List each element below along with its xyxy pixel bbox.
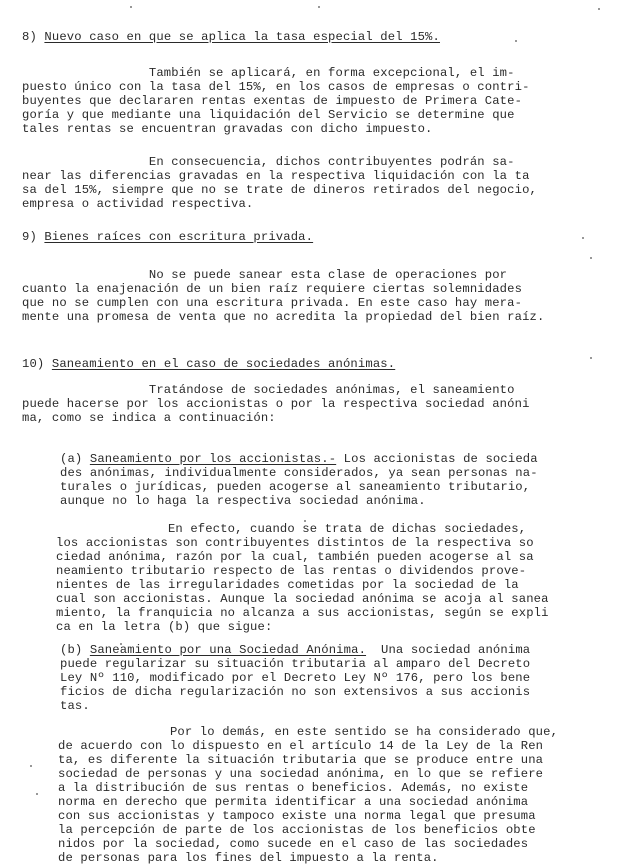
- section-8-title: Nuevo caso en que se aplica la tasa espe…: [44, 30, 440, 44]
- subsection-a-followup-line: cual son accionistas. Aunque la sociedad…: [56, 592, 549, 606]
- section-8-line: También se aplicará, en forma excepciona…: [22, 66, 515, 80]
- subsection-b-line: Una sociedad anónima: [366, 643, 530, 657]
- subsection-b-followup-line: a la distribución de sus rentas o benefi…: [58, 781, 528, 795]
- subsection-a-followup-line: neamiento tributario respecto de las ren…: [56, 564, 526, 578]
- section-10-heading: 10) Saneamiento en el caso de sociedades…: [22, 357, 395, 371]
- section-8-line: buyentes que declararen rentas exentas d…: [22, 94, 522, 108]
- subsection-a-line: Los accionistas de socieda: [336, 452, 538, 466]
- section-10-line: ma, como se indica a continuación:: [22, 411, 276, 425]
- section-9-heading: 9) Bienes raíces con escritura privada.: [22, 230, 313, 244]
- section-9-number: 9): [22, 230, 37, 244]
- subsection-b-followup-line: Por lo demás, en este sentido se ha cons…: [58, 725, 558, 739]
- subsection-a-followup-line: nientes de las irregularidades cometidas…: [56, 578, 519, 592]
- scan-speck: [304, 520, 306, 522]
- subsection-b-line: ficios de dicha regularización no son ex…: [60, 685, 530, 699]
- section-8-number: 8): [22, 30, 37, 44]
- subsection-b-followup-line: con sus accionistas y tampoco existe una…: [58, 809, 536, 823]
- subsection-a-followup-line: miento, la franquicia no alcanza a sus a…: [56, 606, 549, 620]
- scan-speck: [582, 237, 584, 239]
- subsection-b-line: puede regularizar su situación tributari…: [60, 657, 530, 671]
- subsection-a-followup-line: ca en la letra (b) que sigue:: [56, 620, 272, 634]
- section-8-line: goría y que mediante una liquidación del…: [22, 108, 515, 122]
- section-10-title: Saneamiento en el caso de sociedades anó…: [52, 357, 395, 371]
- subsection-a-followup-line: ciedad anónima, razón por la cual, tambi…: [56, 550, 534, 564]
- section-10-line: Tratándose de sociedades anónimas, el sa…: [22, 383, 515, 397]
- subsection-b-followup-line: ta, es diferente la situación tributaria…: [58, 753, 543, 767]
- section-9-line: que no se cumplen con una escritura priv…: [22, 296, 522, 310]
- subsection-a-label: (a): [60, 452, 82, 466]
- scan-speck: [36, 793, 38, 795]
- scan-speck: [598, 8, 600, 10]
- subsection-b-followup-line: la percepción de parte de los accionista…: [58, 823, 536, 837]
- subsection-b-line: tas.: [60, 699, 90, 713]
- scan-speck: [30, 765, 32, 767]
- section-10-number: 10): [22, 357, 44, 371]
- subsection-a-followup-line: En efecto, cuando se trata de dichas soc…: [56, 522, 526, 536]
- section-8-line: En consecuencia, dichos contribuyentes p…: [22, 155, 515, 169]
- subsection-b-followup-line: de acuerdo con lo dispuesto en el artícu…: [58, 739, 543, 753]
- section-8-line: empresa o actividad respectiva.: [22, 197, 253, 211]
- subsection-b-title: Saneamiento por una Sociedad Anónima.: [90, 643, 366, 657]
- subsection-a-line: des anónimas, individualmente considerad…: [60, 466, 538, 480]
- subsection-a-line: aunque no lo haga la respectiva sociedad…: [60, 494, 426, 508]
- scan-speck: [515, 40, 517, 42]
- section-10-line: puede hacerse por los accionistas o por …: [22, 397, 530, 411]
- scan-speck: [120, 643, 122, 645]
- section-9-line: cuanto la enajenación de un bien raíz re…: [22, 282, 522, 296]
- section-9-line: mente una promesa de venta que no acredi…: [22, 310, 544, 324]
- subsection-b-line: Ley Nº 110, modificado por el Decreto Le…: [60, 671, 530, 685]
- scan-speck: [590, 357, 592, 359]
- section-8-line: tales rentas se encuentran gravadas con …: [22, 122, 433, 136]
- subsection-b-heading: (b) Saneamiento por una Sociedad Anónima…: [60, 643, 530, 657]
- subsection-a-title: Saneamiento por los accionistas.-: [90, 452, 336, 466]
- subsection-b-label: (b): [60, 643, 82, 657]
- section-9-line: No se puede sanear esta clase de operaci…: [22, 268, 507, 282]
- scan-speck: [130, 6, 132, 8]
- scan-speck: [318, 6, 320, 8]
- subsection-a-followup-line: los accionistas son contribuyentes disti…: [56, 536, 534, 550]
- subsection-b-followup-line: norma en derecho que permita identificar…: [58, 795, 528, 809]
- section-8-line: sa del 15%, siempre que no se trate de d…: [22, 183, 537, 197]
- subsection-a-heading: (a) Saneamiento por los accionistas.- Lo…: [60, 452, 538, 466]
- section-9-title: Bienes raíces con escritura privada.: [44, 230, 313, 244]
- subsection-b-followup-line: sociedad de personas y una sociedad anón…: [58, 767, 543, 781]
- subsection-b-followup-line: de personas para los fines del impuesto …: [58, 851, 439, 865]
- section-8-line: near las diferencias gravadas en la resp…: [22, 169, 530, 183]
- subsection-a-line: turales o jurídicas, pueden acogerse al …: [60, 480, 530, 494]
- scan-speck: [590, 257, 592, 259]
- section-8-heading: 8) Nuevo caso en que se aplica la tasa e…: [22, 30, 440, 44]
- subsection-b-followup-line: nidos por la sociedad, como sucede en el…: [58, 837, 528, 851]
- document-page: 8) Nuevo caso en que se aplica la tasa e…: [0, 0, 630, 866]
- section-8-line: puesto único con la tasa del 15%, en los…: [22, 80, 530, 94]
